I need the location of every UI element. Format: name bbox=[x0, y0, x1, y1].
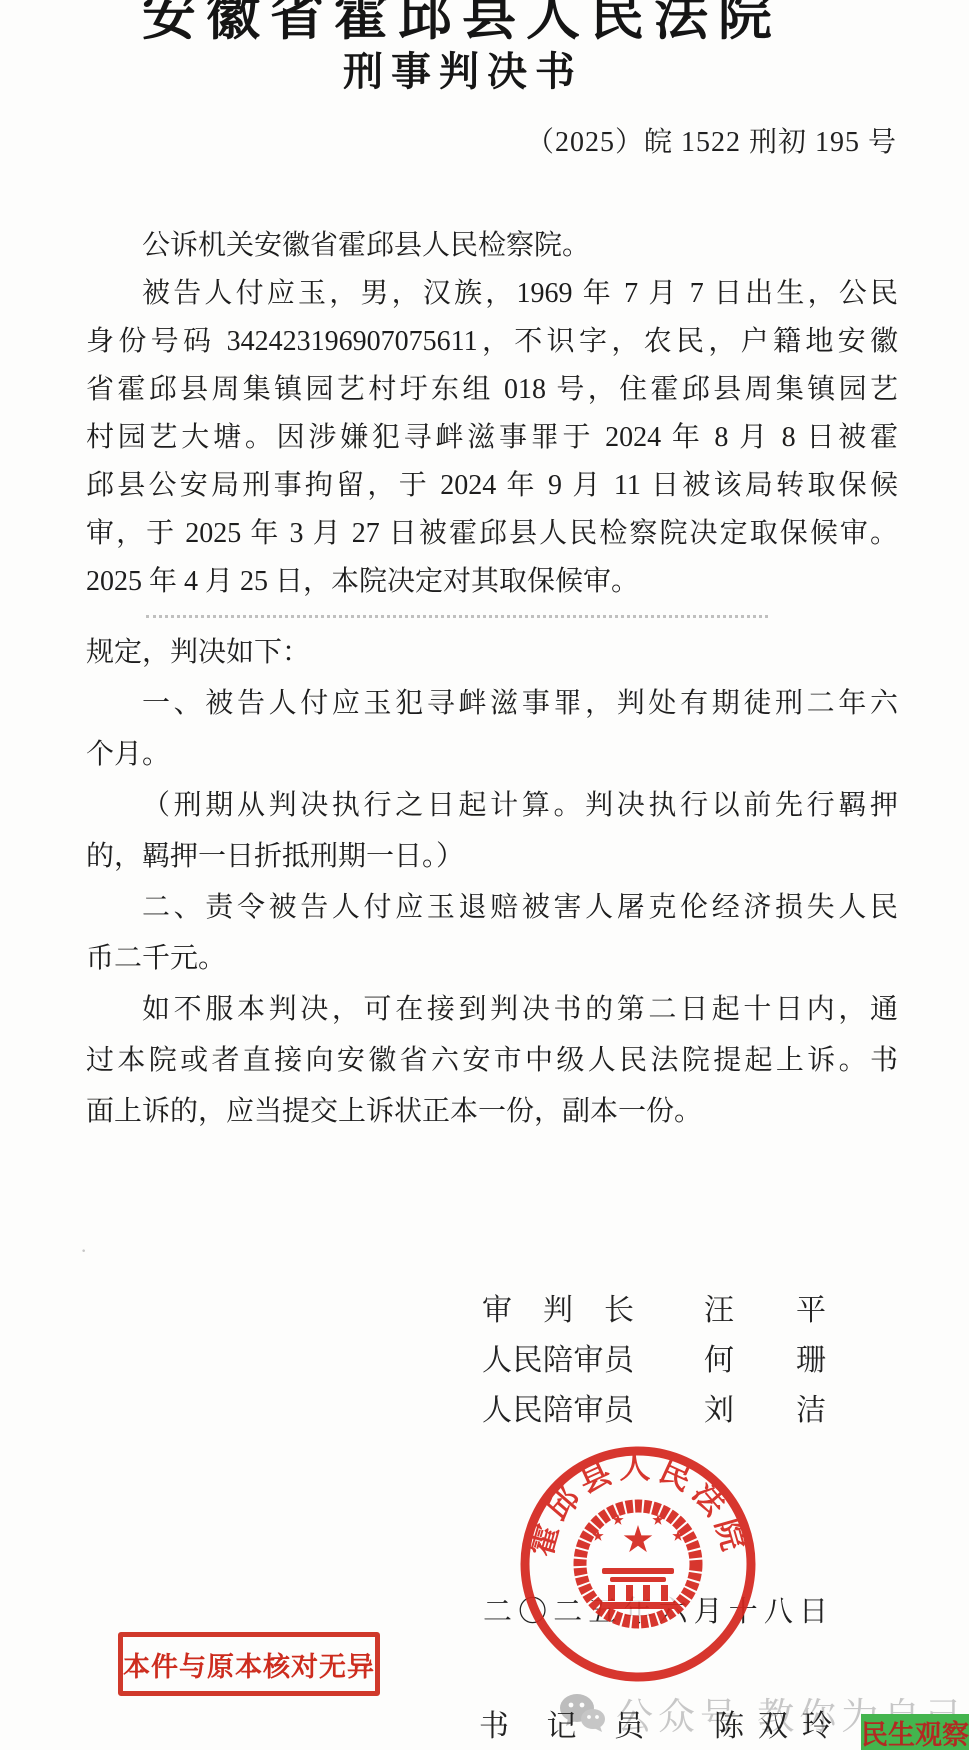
judge-name: 何珊 bbox=[704, 1336, 826, 1386]
judge-name: 汪平 bbox=[704, 1286, 826, 1336]
judge-row: 人民陪审员 何珊 bbox=[482, 1336, 826, 1386]
body-section-a: 公诉机关安徽省霍邱县人民检察院。 被告人付应玉，男，汉族，1969 年 7 月 … bbox=[86, 222, 898, 606]
body-line: 规定，判决如下： bbox=[86, 627, 898, 678]
body-line: 一、被告人付应玉犯寻衅滋事罪，判处有期徒刑二年六 bbox=[86, 678, 898, 729]
body-line: 二、责令被告人付应玉退赔被害人屠克伦经济损失人民 bbox=[86, 882, 898, 933]
corner-watermark: 民生观察 bbox=[861, 1714, 969, 1750]
faded-dots bbox=[146, 615, 768, 618]
judge-role: 审判长 bbox=[482, 1286, 634, 1336]
case-number: （2025）皖 1522 刑初 195 号 bbox=[526, 120, 897, 160]
body-line: 2025 年 4 月 25 日，本院决定对其取保候审。 bbox=[86, 558, 898, 606]
body-line: 过本院或者直接向安徽省六安市中级人民法院提起上诉。书 bbox=[86, 1035, 898, 1086]
body-line: 个月。 bbox=[86, 729, 898, 780]
national-emblem-icon bbox=[580, 1506, 696, 1622]
court-seal: 霍邱县人民法院 bbox=[508, 1434, 768, 1694]
clerk-role: 书记员 bbox=[479, 1702, 644, 1750]
body-line: （刑期从判决执行之日起计算。判决执行以前先行羁押 bbox=[86, 780, 898, 831]
body-line: 面上诉的，应当提交上诉状正本一份，副本一份。 bbox=[86, 1086, 898, 1137]
body-section-b: 规定，判决如下： 一、被告人付应玉犯寻衅滋事罪，判处有期徒刑二年六 个月。 （刑… bbox=[86, 627, 898, 1137]
judgment-document-page: 安徽省霍邱县人民法院 刑事判决书 （2025）皖 1522 刑初 195 号 公… bbox=[0, 0, 969, 1750]
body-line: 被告人付应玉，男，汉族，1969 年 7 月 7 日出生，公民 bbox=[86, 270, 898, 318]
body-line: 的，羁押一日折抵刑期一日。） bbox=[86, 831, 898, 882]
body-line: 省霍邱县周集镇园艺村圩东组 018 号，住霍邱县周集镇园艺 bbox=[86, 366, 898, 414]
clerk-sig-row: 书记员 陈双玲 bbox=[479, 1702, 832, 1750]
clerk-name: 陈双玲 bbox=[714, 1702, 832, 1750]
body-line: 审，于 2025 年 3 月 27 日被霍邱县人民检察院决定取保候审。 bbox=[86, 510, 898, 558]
doc-title: 刑事判决书 bbox=[0, 40, 926, 97]
body-line: 身份号码 342423196907075611，不识字，农民，户籍地安徽 bbox=[86, 318, 898, 366]
judge-role: 人民陪审员 bbox=[482, 1386, 634, 1436]
judges-block: 审判长 汪平 人民陪审员 何珊 人民陪审员 刘洁 bbox=[482, 1286, 826, 1436]
body-line: 币二千元。 bbox=[86, 933, 898, 984]
judge-row: 审判长 汪平 bbox=[482, 1286, 826, 1336]
body-text: 公诉机关安徽省霍邱县人民检察院。 被告人付应玉，男，汉族，1969 年 7 月 … bbox=[86, 222, 898, 1137]
stray-mark: · bbox=[80, 1238, 87, 1264]
judge-row: 人民陪审员 刘洁 bbox=[482, 1386, 826, 1436]
body-line: 如不服本判决，可在接到判决书的第二日起十日内，通 bbox=[86, 984, 898, 1035]
body-line: 公诉机关安徽省霍邱县人民检察院。 bbox=[86, 222, 898, 270]
judge-role: 人民陪审员 bbox=[482, 1336, 634, 1386]
body-line: 村园艺大塘。因涉嫌犯寻衅滋事罪于 2024 年 8 月 8 日被霍 bbox=[86, 414, 898, 462]
body-line: 邱县公安局刑事拘留，于 2024 年 9 月 11 日被该局转取保候 bbox=[86, 462, 898, 510]
judge-name: 刘洁 bbox=[704, 1386, 826, 1436]
verification-stamp: 本件与原本核对无异 bbox=[118, 1632, 380, 1696]
faded-text-remnant bbox=[86, 606, 898, 627]
clerk-row: 书记员 陈双玲 bbox=[479, 1702, 832, 1750]
